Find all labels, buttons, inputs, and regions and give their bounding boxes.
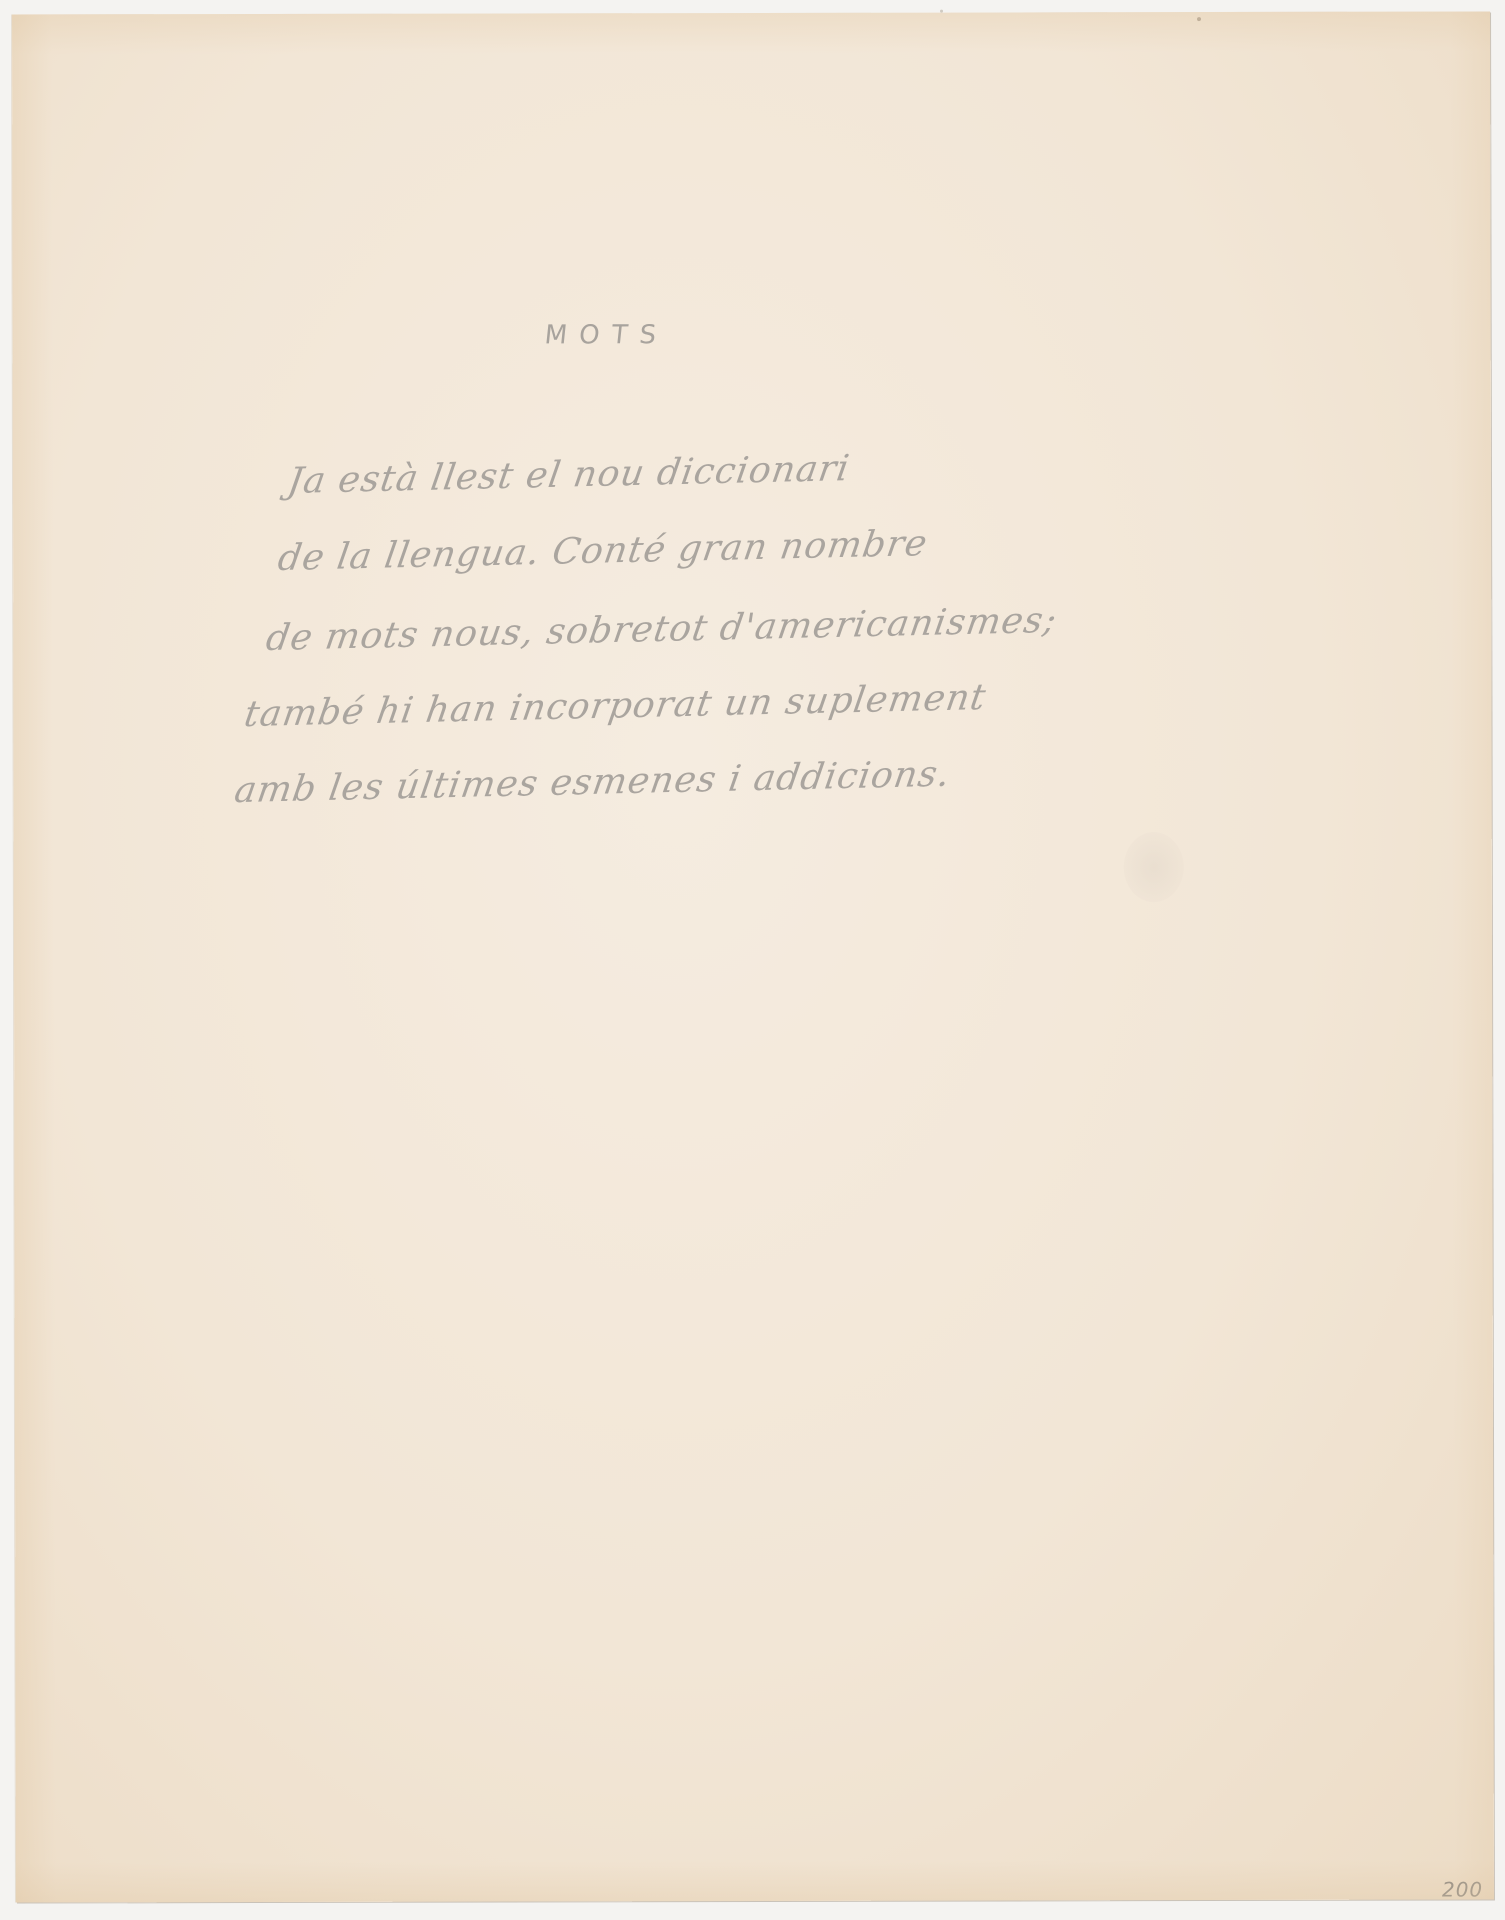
paper-smudge — [1124, 832, 1184, 902]
handwritten-paragraph: Ja està llest el nou diccionari de la ll… — [12, 11, 1490, 14]
page-title: MOTS — [543, 321, 669, 351]
page-number: 200 — [1442, 1877, 1483, 1901]
text-line: Ja està llest el nou diccionari — [285, 448, 853, 502]
text-line: amb les últimes esmenes i addicions. — [232, 754, 954, 811]
text-line: de mots nous, sobretot d'americanismes; — [263, 600, 1060, 659]
text-line: de la llengua. Conté gran nombre — [275, 523, 930, 579]
manuscript-page: MOTS Ja està llest el nou diccionari de … — [12, 11, 1494, 1902]
text-line: també hi han incorporat un suplement — [242, 677, 990, 735]
paper-speck — [1197, 17, 1201, 21]
paper-speck — [940, 10, 943, 13]
